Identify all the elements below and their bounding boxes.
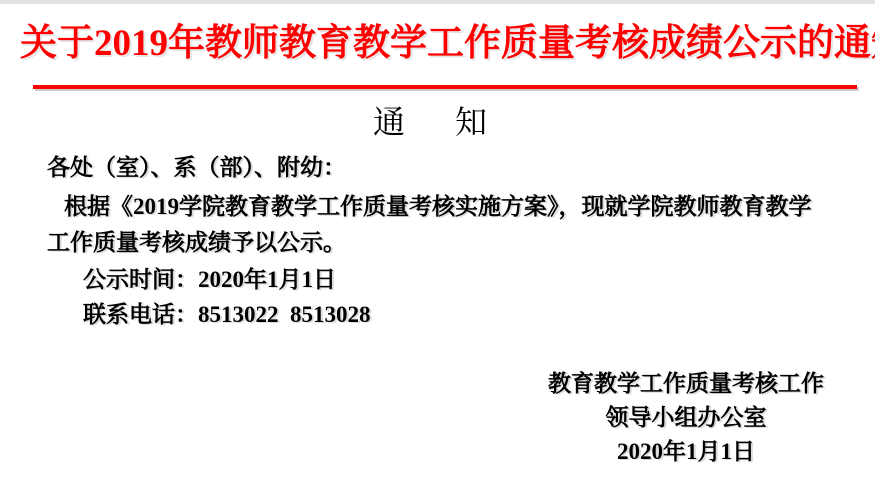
heading-char-tong: 通 [373, 104, 405, 140]
notice-heading: 通 知 [0, 104, 860, 140]
red-divider-line [33, 85, 857, 89]
body-line-1: 根据《2019学院教育教学工作质量考核实施方案》，现就学院教师教育教学 [64, 193, 812, 220]
signature-org-line-1: 教育教学工作质量考核工作 [546, 367, 826, 401]
signature-org-line-2: 领导小组办公室 [546, 401, 826, 435]
document-title: 关于2019年教师教育教学工作质量考核成绩公示的通知 [20, 22, 856, 66]
top-strip [0, 0, 875, 4]
signature-date: 2020年1月1日 [546, 435, 826, 469]
signature-block: 教育教学工作质量考核工作 领导小组办公室 2020年1月1日 [546, 367, 826, 469]
publicity-time-line: 公示时间：2020年1月1日 [83, 266, 336, 293]
contact-phone-line: 联系电话：8513022 8513028 [83, 301, 371, 328]
heading-char-zhi: 知 [455, 104, 487, 140]
salutation-line: 各处（室）、系（部）、附幼： [47, 154, 346, 181]
body-line-2: 工作质量考核成绩予以公示。 [47, 229, 346, 256]
